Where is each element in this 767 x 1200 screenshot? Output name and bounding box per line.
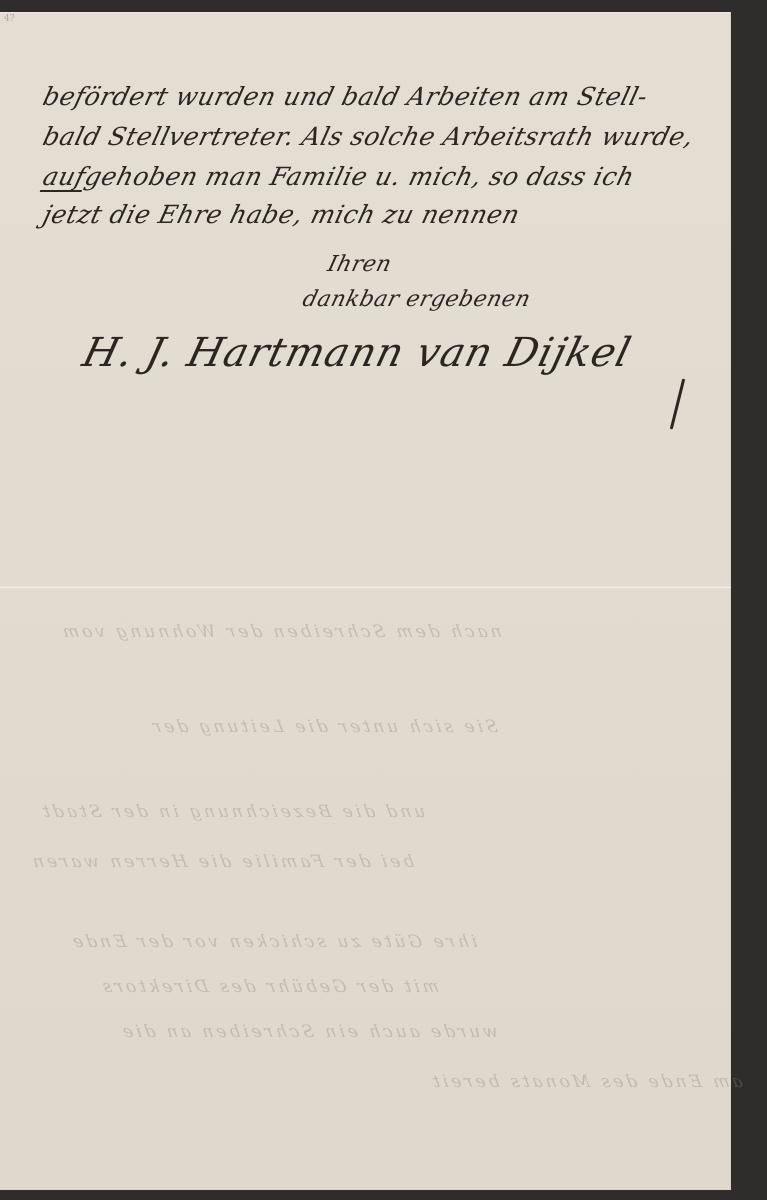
closing-line-1: Ihren xyxy=(325,252,394,277)
bleed-through-line: bei der Familie die Herren waren xyxy=(28,852,416,872)
bleed-through-line: mit der Gebühr des Direktors xyxy=(98,977,440,997)
bleed-through-line: am Ende des Monats bereit xyxy=(428,1072,744,1092)
corner-mark: 4? xyxy=(4,14,15,24)
closing-line-2: dankbar ergebenen xyxy=(300,287,533,312)
signature: H. J. Hartmann van Dijkel xyxy=(78,330,636,376)
signature-flourish xyxy=(670,378,685,429)
letter-page: 4? nach dem Schreiben der Wohnung vom Si… xyxy=(0,12,731,1190)
bleed-through-line: nach dem Schreiben der Wohnung vom xyxy=(58,622,503,642)
letter-line-4: jetzt die Ehre habe, mich zu nennen xyxy=(40,200,523,229)
bleed-through-line: und die Bezeichnung in der Stadt xyxy=(38,802,427,822)
letter-line-1: befördert wurden und bald Arbeiten am St… xyxy=(40,82,651,111)
bleed-through-line: wurde auch ein Schreiben an die xyxy=(118,1022,499,1042)
paper-fold-line xyxy=(0,586,731,589)
bleed-through-line: ihre Güte zu schicken vor der Ende xyxy=(68,932,479,952)
letter-line-3: aufgehoben man Familie u. mich, so dass … xyxy=(40,162,638,191)
bleed-through-line: Sie sich unter die Leitung der xyxy=(148,717,499,737)
letter-line-2: bald Stellvertreter. Als solche Arbeitsr… xyxy=(40,122,697,151)
